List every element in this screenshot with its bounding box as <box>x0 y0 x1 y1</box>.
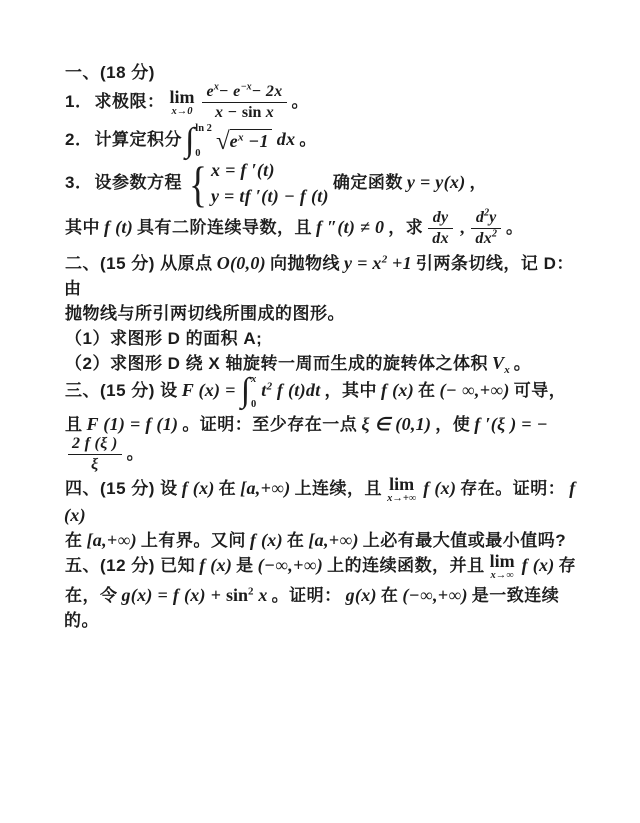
math-run: f ′(ξ ) = − <box>474 414 548 434</box>
lim-word: lim <box>387 475 416 493</box>
text-run: 三、(15 分) 设 <box>65 381 178 400</box>
math-run: dx <box>277 129 296 149</box>
exponent: −x <box>241 82 252 93</box>
fraction-numerator: d2y <box>471 209 501 229</box>
math-run: g(x) <box>346 585 377 605</box>
integral-upper: x <box>251 374 256 385</box>
lim-subscript: x→+∞ <box>387 494 416 505</box>
exam-page: 一、(18 分) 1．求极限：limx→0ex− e−x− 2xx − sin … <box>0 0 640 823</box>
problem-2-item-1: （1）求图形 D 的面积 A; <box>64 324 590 349</box>
period: 。 <box>514 354 532 373</box>
problem-2-label: 2． <box>65 130 92 149</box>
fraction: ex− e−x− 2xx − sin x <box>202 83 286 123</box>
math-run: f (x) <box>250 530 283 550</box>
math-run: f (x) <box>381 380 414 400</box>
period: 。 <box>506 218 524 237</box>
math-run: 2 f (ξ ) <box>72 435 118 452</box>
integral-sign: ∫ <box>241 375 250 407</box>
integral-lower: 0 <box>251 399 256 410</box>
problem-3-section-line-2: 且F (1) = f (1)。证明：至少存在一点ξ ∈ (0,1)，使f ′(ξ… <box>64 410 590 475</box>
text-run: 存在。证明： <box>460 479 565 498</box>
integral-limits: x0 <box>251 374 256 410</box>
math-run: − 2x <box>252 83 283 100</box>
period: 。 <box>299 130 317 149</box>
text-run: 在，令 <box>65 586 118 605</box>
text-run: 具有二阶连续导数，且 <box>137 218 312 237</box>
math-run: f ″(t) ≠ 0 <box>316 217 384 237</box>
text-run: 且 <box>65 415 83 434</box>
math-run: −1 <box>243 131 268 151</box>
fraction-denominator: x − sin x <box>202 103 286 122</box>
text-run: 。证明：至少存在一点 <box>182 415 357 434</box>
problem-2-lead: 计算定积分 <box>94 130 182 149</box>
text-run: 在 <box>381 586 399 605</box>
problem-1-label: 1． <box>65 92 92 111</box>
problem-3-lead: 设参数方程 <box>94 173 182 192</box>
math-run: f (x) <box>423 478 456 498</box>
text-run: 可导， <box>514 381 567 400</box>
left-brace: { <box>189 159 207 209</box>
text-run: 上连续，且 <box>295 479 383 498</box>
math-run: ξ ∈ (0,1) <box>361 414 431 434</box>
math-run: y <box>489 209 496 226</box>
integral: ∫x0 <box>241 374 257 410</box>
text-run: 抛物线与所引两切线所围成的图形。 <box>65 304 345 323</box>
lim-subscript: x→∞ <box>490 571 515 582</box>
integrand: t2 f (t)dt <box>261 383 320 400</box>
text-run: 在 <box>65 531 83 550</box>
period: 。 <box>292 92 310 111</box>
fraction-denominator: dx2 <box>471 229 501 248</box>
math-run: dx <box>432 230 449 247</box>
math-run: − e <box>219 83 241 100</box>
comma: , <box>460 217 465 237</box>
text-run: 存 <box>559 556 577 575</box>
text-run: ，使 <box>435 415 470 434</box>
text-run: （1）求图形 D 的面积 A; <box>65 329 262 348</box>
g-definition: g(x) = f (x) + sin2 x <box>122 588 268 605</box>
text-run: 在 <box>418 381 436 400</box>
volume-symbol: Vx <box>492 356 510 373</box>
radical-sign: √ <box>216 131 230 152</box>
text-run: 五、(12 分) 已知 <box>65 556 195 575</box>
problem-4-section-line-2: 在[a,+∞)上有界。又问f (x)在[a,+∞)上必有最大值或最小值吗? <box>64 526 590 551</box>
integral: ∫ln 20 <box>185 123 212 159</box>
math-run: f (x) <box>199 555 232 575</box>
math-run: x − <box>215 104 242 121</box>
exponent: 2 <box>492 229 497 240</box>
math-run: x <box>254 585 268 605</box>
fraction-denominator: dx <box>428 229 453 248</box>
text-run: 四、(15 分) 设 <box>65 479 178 498</box>
problem-2-item-2: （2）求图形 D 绕 X 轴旋转一周而生成的旋转体之体积Vx。 <box>64 349 590 374</box>
text-run: 上有界。又问 <box>141 531 246 550</box>
fraction-d2y-dx2: d2ydx2 <box>471 209 501 249</box>
fraction-xi: 2 f (ξ )ξ <box>68 435 122 475</box>
lim-word: lim <box>490 552 515 570</box>
text-run: 上的连续函数，并且 <box>327 556 485 575</box>
limit-operator: limx→0 <box>169 88 194 118</box>
text-run: 是 <box>236 556 254 575</box>
radicand: ex −1 <box>230 129 272 152</box>
parametric-system: {x = f ′(t)y = tf ′(t) − f (t) <box>186 159 329 209</box>
text-run: （2）求图形 D 绕 X 轴旋转一周而生成的旋转体之体积 <box>65 354 488 373</box>
math-run: F (1) = f (1) <box>87 414 179 434</box>
section-1-title: 一、(18 分) <box>65 63 155 82</box>
text-run: 在 <box>219 479 237 498</box>
problem-2-section-line-2: 抛物线与所引两切线所围成的图形。 <box>64 299 590 324</box>
text-run: ，其中 <box>325 381 378 400</box>
system-rows: x = f ′(t)y = tf ′(t) − f (t) <box>211 160 329 207</box>
math-run: f (x) <box>522 555 555 575</box>
fraction-denominator: ξ <box>68 455 122 474</box>
math-run: f (t)dt <box>272 380 320 400</box>
problem-3-label: 3． <box>65 173 92 192</box>
problem-1: 1．求极限：limx→0ex− e−x− 2xx − sin x。 <box>64 83 590 123</box>
problem-5-section: 五、(12 分) 已知f (x)是(−∞,+∞)上的连续函数，并且limx→∞f… <box>64 551 590 582</box>
lim-subscript: x→0 <box>169 107 194 118</box>
fraction-numerator: ex− e−x− 2x <box>202 83 286 103</box>
math-run: F (x) = <box>182 380 236 400</box>
math-run: (− ∞,+∞) <box>439 380 509 400</box>
math-run: f (x) <box>182 478 215 498</box>
math-run: (−∞,+∞) <box>258 555 323 575</box>
math-run: y = x <box>344 253 382 273</box>
math-run: ξ <box>91 456 99 473</box>
lim-word: lim <box>169 88 194 106</box>
math-run: f (t) <box>104 217 133 237</box>
problem-3-mid: 确定函数 <box>333 173 403 192</box>
system-row-2: y = tf ′(t) − f (t) <box>211 186 329 207</box>
math-run: e <box>206 83 213 100</box>
math-run: y = y(x) <box>407 172 466 192</box>
math-run: dx <box>475 230 492 247</box>
section-1-header: 一、(18 分) <box>64 58 590 83</box>
problem-1-lead: 求极限： <box>94 92 164 111</box>
integral-upper: ln 2 <box>195 123 212 134</box>
problem-2: 2．计算定积分∫ln 20√ex −1dx。 <box>64 123 590 159</box>
text-run: 在 <box>287 531 305 550</box>
math-run: g(x) = f (x) + <box>122 585 226 605</box>
math-run: [a,+∞) <box>308 530 358 550</box>
differential: dx <box>277 132 296 149</box>
comma: ， <box>469 173 487 192</box>
period: 。 <box>127 444 145 463</box>
problem-3-line-2: 其中f (t)具有二阶连续导数，且f ″(t) ≠ 0，求dydx,d2ydx2… <box>64 209 590 249</box>
problem-3: 3．设参数方程{x = f ′(t)y = tf ′(t) − f (t)确定函… <box>64 159 590 209</box>
fraction-dy-dx: dydx <box>428 209 453 249</box>
fraction-numerator: dy <box>428 209 453 229</box>
parabola-equation: y = x2 +1 <box>344 256 412 273</box>
problem-4-section: 四、(15 分) 设f (x)在[a,+∞)上连续，且limx→+∞f (x)存… <box>64 474 590 526</box>
math-run: e <box>230 131 238 151</box>
problem-3-section: 三、(15 分) 设F (x) =∫x0t2 f (t)dt，其中f (x)在(… <box>64 374 590 410</box>
math-run: d <box>476 209 484 226</box>
text-run: ，求 <box>388 218 423 237</box>
math-run: [a,+∞) <box>240 478 290 498</box>
sin-function: sin <box>242 104 262 121</box>
math-run: [a,+∞) <box>87 530 137 550</box>
text-run: 其中 <box>65 218 100 237</box>
math-run: V <box>492 353 504 373</box>
math-run: O(0,0) <box>217 253 266 273</box>
limit-operator: limx→+∞ <box>387 475 416 505</box>
integral-limits: ln 20 <box>195 123 212 159</box>
square-root: √ex −1 <box>216 129 272 152</box>
system-row-1: x = f ′(t) <box>211 160 329 181</box>
text-run: 二、(15 分) 从原点 <box>65 254 213 273</box>
math-run: x <box>261 104 274 121</box>
sin-function: sin <box>226 585 248 605</box>
text-run: 向抛物线 <box>270 254 340 273</box>
math-run: +1 <box>387 253 412 273</box>
problem-2-section: 二、(15 分) 从原点O(0,0)向抛物线y = x2 +1引两条切线，记 D… <box>64 249 590 299</box>
math-run: dy <box>433 209 449 226</box>
text-run: 。证明： <box>272 586 342 605</box>
math-run: (−∞,+∞) <box>402 585 467 605</box>
problem-5-section-line-2: 在，令g(x) = f (x) + sin2 x。证明：g(x)在(−∞,+∞)… <box>64 581 590 631</box>
integral-sign: ∫ <box>185 125 194 157</box>
text-run: 上必有最大值或最小值吗? <box>363 531 566 550</box>
fraction-numerator: 2 f (ξ ) <box>68 435 122 455</box>
limit-operator: limx→∞ <box>490 552 515 582</box>
